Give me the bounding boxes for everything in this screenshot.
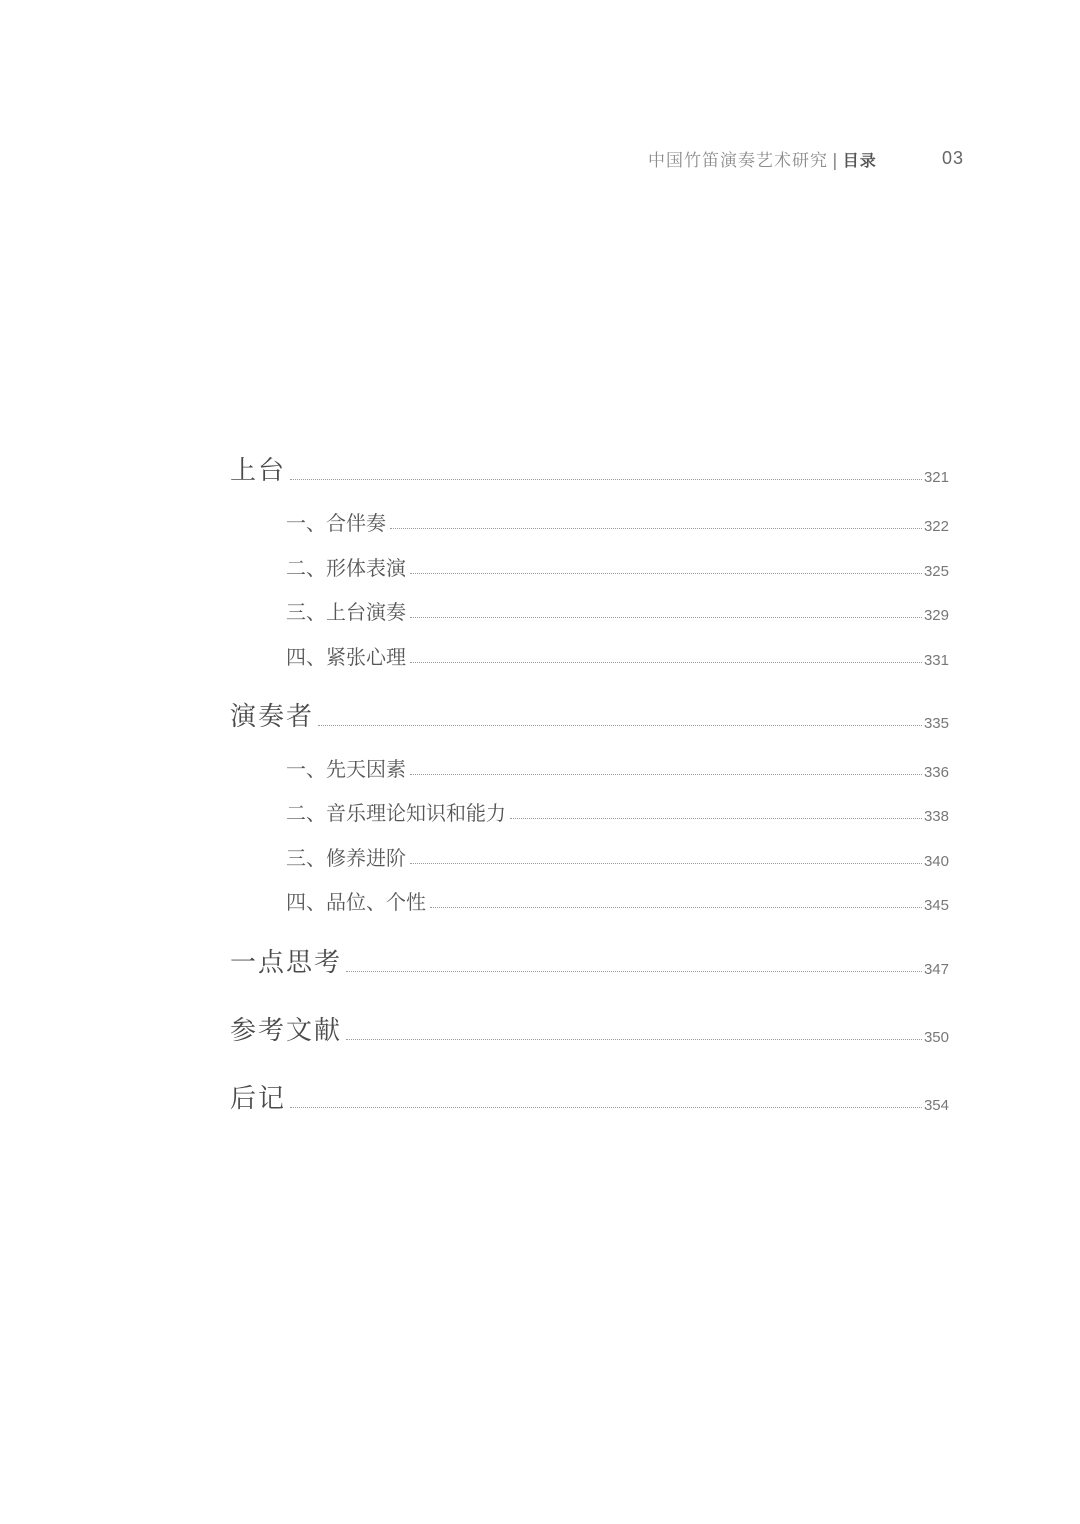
- toc-entry-page: 335: [924, 715, 949, 733]
- toc-entry-page: 331: [924, 652, 949, 670]
- toc-section[interactable]: 四、紧张心理 331: [286, 644, 949, 670]
- header-title-line: 中国竹笛演奏艺术研究|目录: [648, 146, 877, 171]
- dot-leader: [346, 971, 922, 972]
- toc-entry-title: 四、紧张心理: [286, 644, 406, 670]
- toc-entry-title: 三、上台演奏: [286, 599, 406, 625]
- toc-section[interactable]: 四、品位、个性 345: [286, 889, 949, 915]
- toc-entry-page: 325: [924, 563, 949, 581]
- dot-leader: [410, 573, 922, 574]
- toc-section[interactable]: 二、形体表演 325: [286, 555, 949, 581]
- page-number: 03: [942, 148, 964, 169]
- toc-entry-title: 一、先天因素: [286, 756, 406, 782]
- toc-chapter[interactable]: 一点思考 347: [230, 947, 949, 979]
- toc-entry-title: 二、音乐理论知识和能力: [286, 800, 506, 826]
- toc-entry-page: 340: [924, 853, 949, 871]
- dot-leader: [410, 863, 922, 864]
- toc-entry-page: 350: [924, 1029, 949, 1047]
- dot-leader: [318, 725, 922, 726]
- toc-entry-page: 336: [924, 764, 949, 782]
- book-title: 中国竹笛演奏艺术研究: [648, 151, 828, 171]
- toc-section[interactable]: 三、上台演奏 329: [286, 599, 949, 625]
- dot-leader: [290, 479, 922, 480]
- toc-section[interactable]: 一、合伴奏 322: [286, 510, 949, 536]
- dot-leader: [510, 818, 922, 819]
- toc-chapter[interactable]: 参考文献 350: [230, 1015, 949, 1047]
- dot-leader: [410, 617, 922, 618]
- running-header: 中国竹笛演奏艺术研究|目录 03: [648, 146, 978, 176]
- dot-leader: [410, 662, 922, 663]
- toc-entry-page: 354: [924, 1097, 949, 1115]
- dot-leader: [430, 907, 922, 908]
- toc-entry-title: 参考文献: [230, 1015, 342, 1047]
- toc-entry-title: 后记: [230, 1083, 286, 1115]
- toc-entry-page: 329: [924, 607, 949, 625]
- toc-entry-title: 上台: [230, 455, 286, 487]
- toc-entry-title: 四、品位、个性: [286, 889, 426, 915]
- toc-entry-page: 338: [924, 808, 949, 826]
- header-section-name: 目录: [843, 151, 877, 170]
- toc-chapter[interactable]: 演奏者 335: [230, 701, 949, 733]
- toc-section[interactable]: 一、先天因素 336: [286, 756, 949, 782]
- toc-chapter[interactable]: 后记 354: [230, 1083, 949, 1115]
- toc-entry-title: 三、修养进阶: [286, 845, 406, 871]
- toc-chapter[interactable]: 上台 321: [230, 455, 949, 487]
- toc-section[interactable]: 三、修养进阶 340: [286, 845, 949, 871]
- dot-leader: [290, 1107, 922, 1108]
- toc-entry-title: 一、合伴奏: [286, 510, 386, 536]
- header-separator: |: [832, 151, 839, 171]
- toc-entry-page: 347: [924, 961, 949, 979]
- dot-leader: [346, 1039, 922, 1040]
- toc-entry-title: 一点思考: [230, 947, 342, 979]
- toc-entry-title: 二、形体表演: [286, 555, 406, 581]
- toc-entry-page: 345: [924, 897, 949, 915]
- toc-entry-page: 321: [924, 469, 949, 487]
- dot-leader: [390, 528, 922, 529]
- toc-entry-title: 演奏者: [230, 701, 314, 733]
- toc-section[interactable]: 二、音乐理论知识和能力 338: [286, 800, 949, 826]
- toc-entry-page: 322: [924, 518, 949, 536]
- dot-leader: [410, 774, 922, 775]
